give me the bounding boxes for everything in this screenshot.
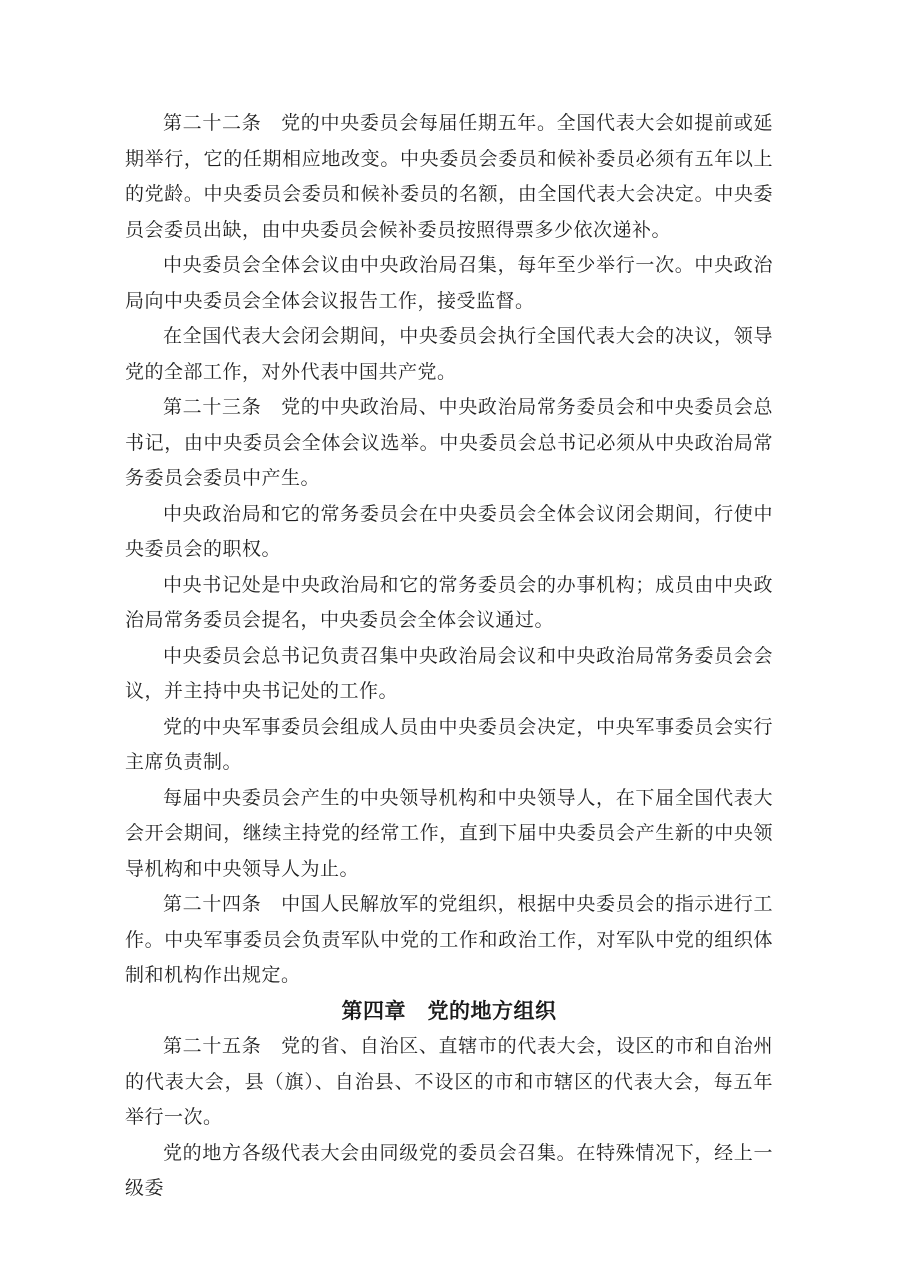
para-article-24: 第二十四条 中国人民解放军的党组织，根据中央委员会的指示进行工作。中央军事委员会… [125, 887, 773, 994]
para-secretariat: 中央书记处是中央政治局和它的常务委员会的办事机构；成员由中央政治局常务委员会提名… [125, 568, 773, 639]
para-article-22: 第二十二条 党的中央委员会每届任期五年。全国代表大会如提前或延期举行，它的任期相… [125, 106, 773, 248]
document-page: 第二十二条 党的中央委员会每届任期五年。全国代表大会如提前或延期举行，它的任期相… [0, 0, 900, 1272]
para-politburo-powers: 中央政治局和它的常务委员会在中央委员会全体会议闭会期间，行使中央委员会的职权。 [125, 497, 773, 568]
para-general-secretary-duties: 中央委员会总书记负责召集中央政治局会议和中央政治局常务委员会会议，并主持中央书记… [125, 639, 773, 710]
para-between-congresses: 在全国代表大会闭会期间，中央委员会执行全国代表大会的决议，领导党的全部工作，对外… [125, 319, 773, 390]
para-article-23: 第二十三条 党的中央政治局、中央政治局常务委员会和中央委员会总书记，由中央委员会… [125, 390, 773, 497]
para-article-25: 第二十五条 党的省、自治区、直辖市的代表大会，设区的市和自治州的代表大会，县（旗… [125, 1029, 773, 1136]
chapter-4-heading: 第四章 党的地方组织 [125, 994, 773, 1030]
para-local-congresses-truncated: 党的地方各级代表大会由同级党的委员会召集。在特殊情况下，经上一级委 [125, 1136, 773, 1207]
para-leadership-transition: 每届中央委员会产生的中央领导机构和中央领导人，在下届全国代表大会开会期间，继续主… [125, 781, 773, 888]
para-military-commission: 党的中央军事委员会组成人员由中央委员会决定，中央军事委员会实行主席负责制。 [125, 710, 773, 781]
para-plenary-sessions: 中央委员会全体会议由中央政治局召集，每年至少举行一次。中央政治局向中央委员会全体… [125, 248, 773, 319]
document-body: 第二十二条 党的中央委员会每届任期五年。全国代表大会如提前或延期举行，它的任期相… [125, 106, 773, 1207]
